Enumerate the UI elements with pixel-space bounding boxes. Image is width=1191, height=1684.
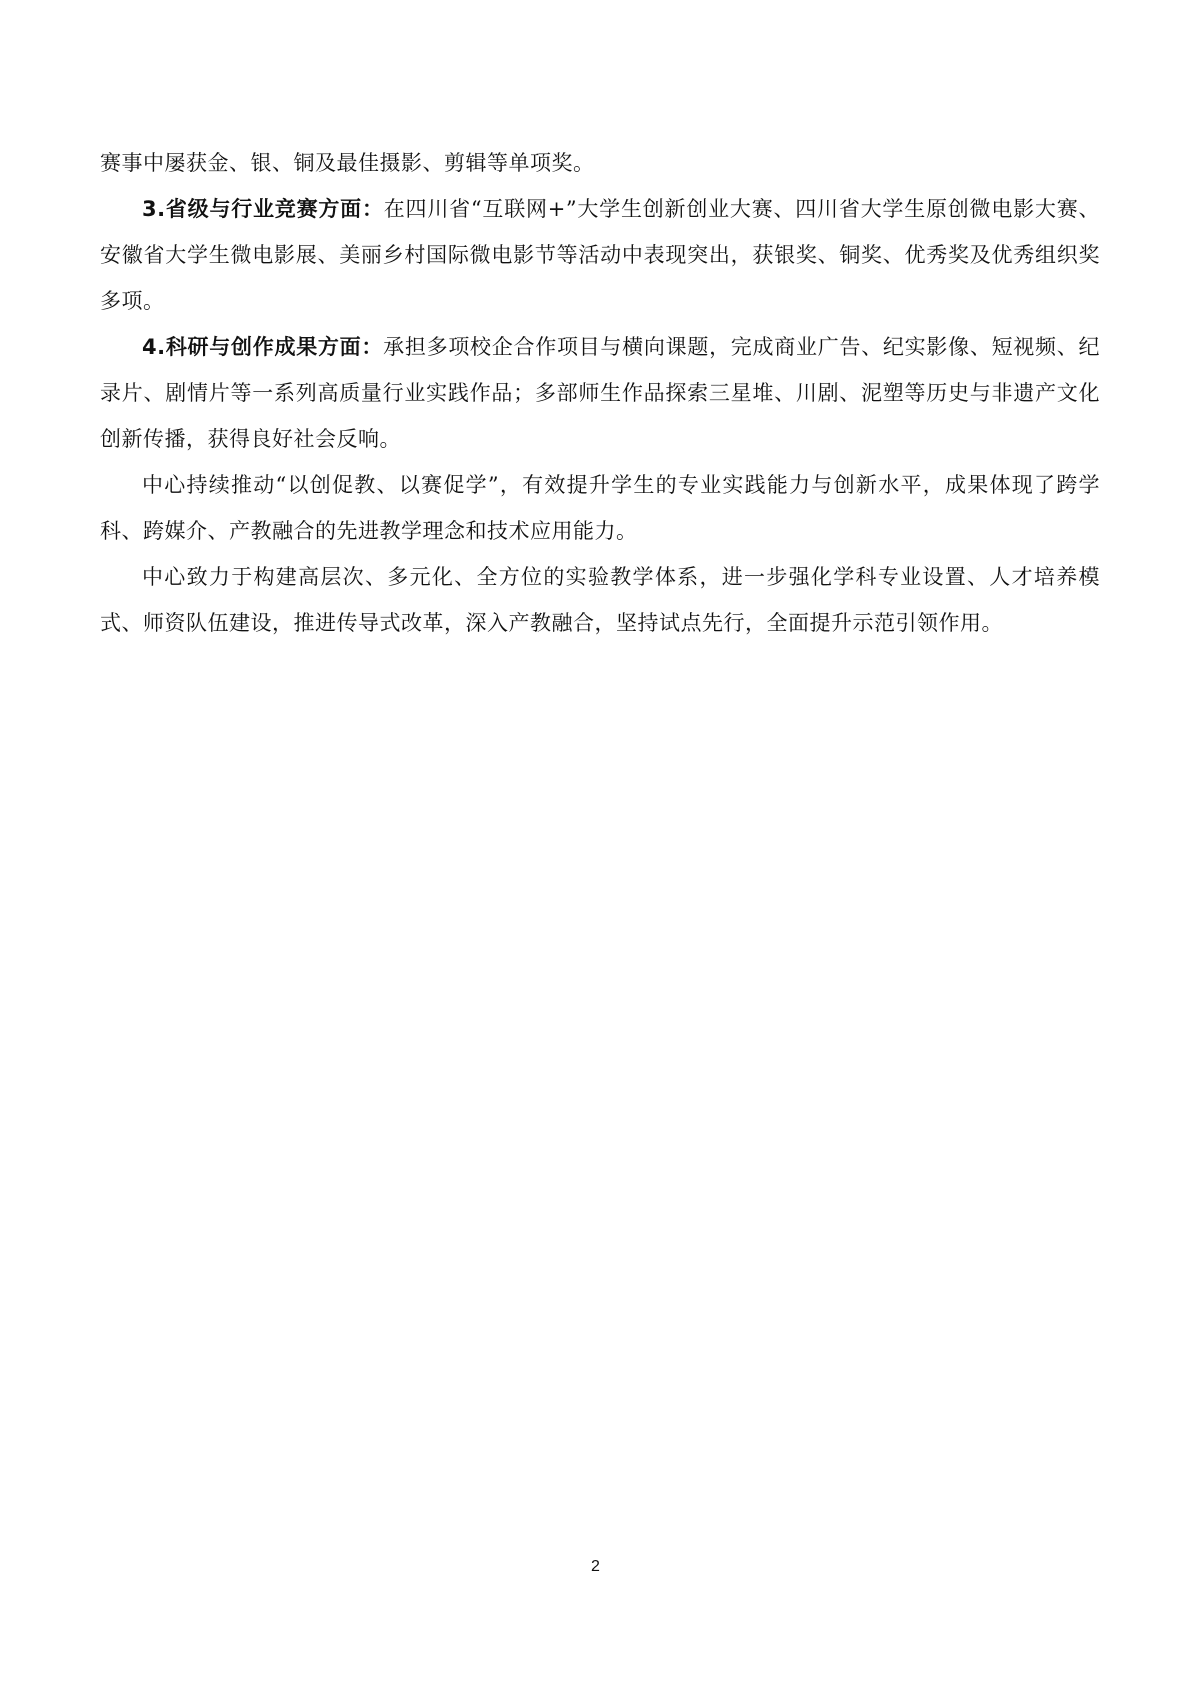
paragraph-text: 中心致力于构建高层次、多元化、全方位的实验教学体系，进一步强化学科专业设置、人才… (100, 565, 1100, 635)
paragraph-summary: 中心持续推动“以创促教、以赛促学”，有效提升学生的专业实践能力与创新水平，成果体… (100, 462, 1100, 554)
paragraph-heading: 4.科研与创作成果方面： (142, 335, 383, 359)
paragraph-heading: 3.省级与行业竞赛方面： (142, 197, 384, 221)
paragraph-conclusion: 中心致力于构建高层次、多元化、全方位的实验教学体系，进一步强化学科专业设置、人才… (100, 554, 1100, 646)
document-page: 赛事中屡获金、银、铜及最佳摄影、剪辑等单项奖。 3.省级与行业竞赛方面：在四川省… (0, 0, 1191, 1684)
paragraph-research-achievements: 4.科研与创作成果方面：承担多项校企合作项目与横向课题，完成商业广告、纪实影像、… (100, 324, 1100, 462)
paragraph-text: 赛事中屡获金、银、铜及最佳摄影、剪辑等单项奖。 (100, 151, 595, 175)
paragraph-continuation: 赛事中屡获金、银、铜及最佳摄影、剪辑等单项奖。 (100, 140, 1100, 186)
paragraph-provincial-competitions: 3.省级与行业竞赛方面：在四川省“互联网+”大学生创新创业大赛、四川省大学生原创… (100, 186, 1100, 324)
page-number: 2 (0, 1558, 1191, 1576)
paragraph-text: 中心持续推动“以创促教、以赛促学”，有效提升学生的专业实践能力与创新水平，成果体… (100, 473, 1100, 543)
